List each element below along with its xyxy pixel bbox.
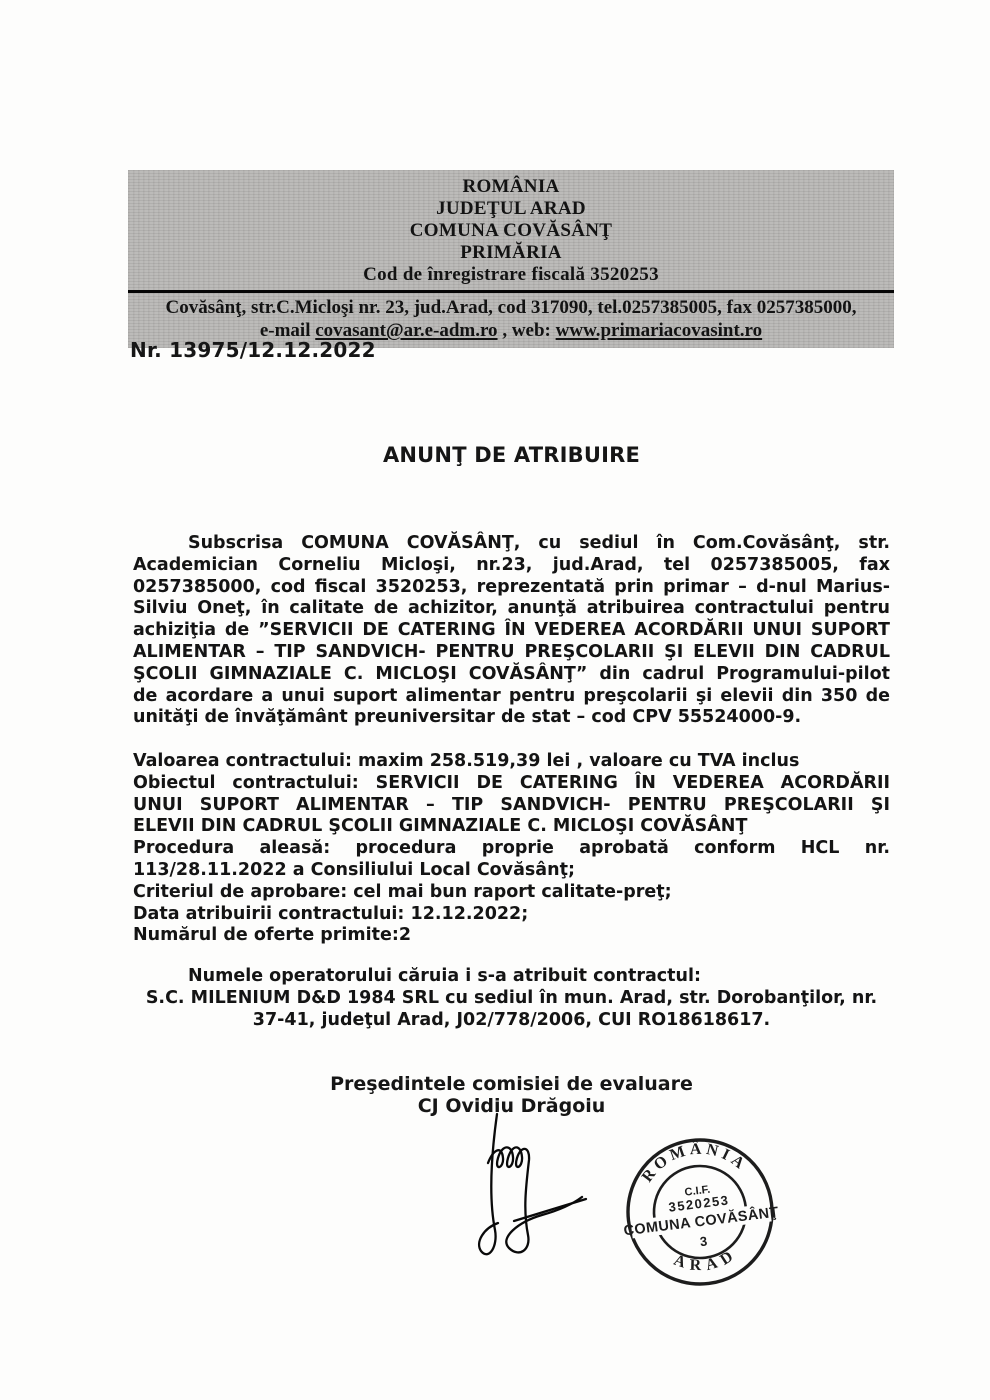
- letterhead-country: ROMÂNIA: [136, 176, 886, 198]
- text-line: ALIMENTAR – TIP SANDVICH- PENTRU PREŞCOL…: [133, 642, 890, 664]
- operator-id-line: 37-41, judeţul Arad, J02/778/2006, CUI R…: [133, 1010, 890, 1032]
- letterhead-divider: [128, 290, 894, 293]
- web-address: www.primariacovasint.ro: [556, 320, 763, 341]
- letterhead-cityhall: PRIMĂRIA: [136, 242, 886, 264]
- letterhead-address-line1: Covăsânţ, str.C.Micloşi nr. 23, jud.Arad…: [132, 296, 890, 319]
- offers-count-line: Numărul de oferte primite:2: [133, 925, 890, 947]
- contract-value-line: Valoarea contractului: maxim 258.519,39 …: [133, 751, 890, 773]
- official-stamp: ROMÂNIA ARAD C.I.F. 3520253 COMUNA COVĂS…: [612, 1124, 788, 1300]
- letterhead-fiscal-code: Cod de înregistrare fiscală 3520253: [136, 264, 886, 286]
- contract-object-line: Obiectul contractului: SERVICII DE CATER…: [133, 773, 890, 795]
- award-date-line: Data atribuirii contractului: 12.12.2022…: [133, 904, 890, 926]
- scanned-document-page: ROMÂNIA JUDEŢUL ARAD COMUNA COVĂSÂNŢ PRI…: [0, 0, 990, 1400]
- text-line: ELEVII DIN CADRUL ŞCOLII GIMNAZIALE C. M…: [133, 816, 890, 838]
- registration-number: Nr. 13975/12.12.2022: [130, 338, 376, 362]
- text-line: achiziţia de ”SERVICII DE CATERING ÎN VE…: [133, 620, 890, 642]
- operator-name-line: S.C. MILENIUM D&D 1984 SRL cu sediul în …: [133, 988, 890, 1010]
- contract-details: Valoarea contractului: maxim 258.519,39 …: [133, 751, 890, 947]
- svg-text:ARAD: ARAD: [670, 1244, 743, 1278]
- text-line: ŞCOLII GIMNAZIALE C. MICLOŞI COVĂSÂNŢ” d…: [133, 664, 890, 686]
- intro-paragraph: Subscrisa COMUNA COVĂSÂNŢ, cu sediul în …: [133, 533, 890, 729]
- text-line: Silviu Oneţ, în calitate de achizitor, a…: [133, 598, 890, 620]
- letterhead-box: ROMÂNIA JUDEŢUL ARAD COMUNA COVĂSÂNŢ PRI…: [128, 170, 894, 348]
- text-line: 0257385000, cod fiscal 3520253, reprezen…: [133, 577, 890, 599]
- text-line: UNUI SUPORT ALIMENTAR – TIP SANDVICH- PE…: [133, 795, 890, 817]
- operator-heading-line: Numele operatorului căruia i s-a atribui…: [133, 966, 890, 988]
- signer-role: Preşedintele comisiei de evaluare: [133, 1073, 890, 1095]
- text-line: de acordare a unui suport alimentar pent…: [133, 686, 890, 708]
- criterion-line: Criteriul de aprobare: cel mai bun rapor…: [133, 882, 890, 904]
- procedure-line: Procedura aleasă: procedura proprie apro…: [133, 838, 890, 860]
- web-label: , web:: [498, 320, 556, 341]
- award-block: Numele operatorului căruia i s-a atribui…: [133, 966, 890, 1031]
- letterhead-commune: COMUNA COVĂSÂNŢ: [136, 220, 886, 242]
- text-line: Academician Corneliu Micloşi, nr.23, jud…: [133, 555, 890, 577]
- letterhead-county: JUDEŢUL ARAD: [136, 198, 886, 220]
- document-title: ANUNŢ DE ATRIBUIRE: [133, 443, 890, 467]
- handwritten-signature-icon: [440, 1100, 620, 1290]
- letterhead-org-block: ROMÂNIA JUDEŢUL ARAD COMUNA COVĂSÂNŢ PRI…: [128, 170, 894, 289]
- text-line: 113/28.11.2022 a Consiliului Local Covăs…: [133, 860, 890, 882]
- text-line: unităţi de învăţământ preuniversitar de …: [133, 707, 890, 729]
- stamp-number: 3: [699, 1233, 708, 1249]
- text-line: Subscrisa COMUNA COVĂSÂNŢ, cu sediul în …: [133, 533, 890, 555]
- stamp-county-text: ARAD: [670, 1244, 743, 1278]
